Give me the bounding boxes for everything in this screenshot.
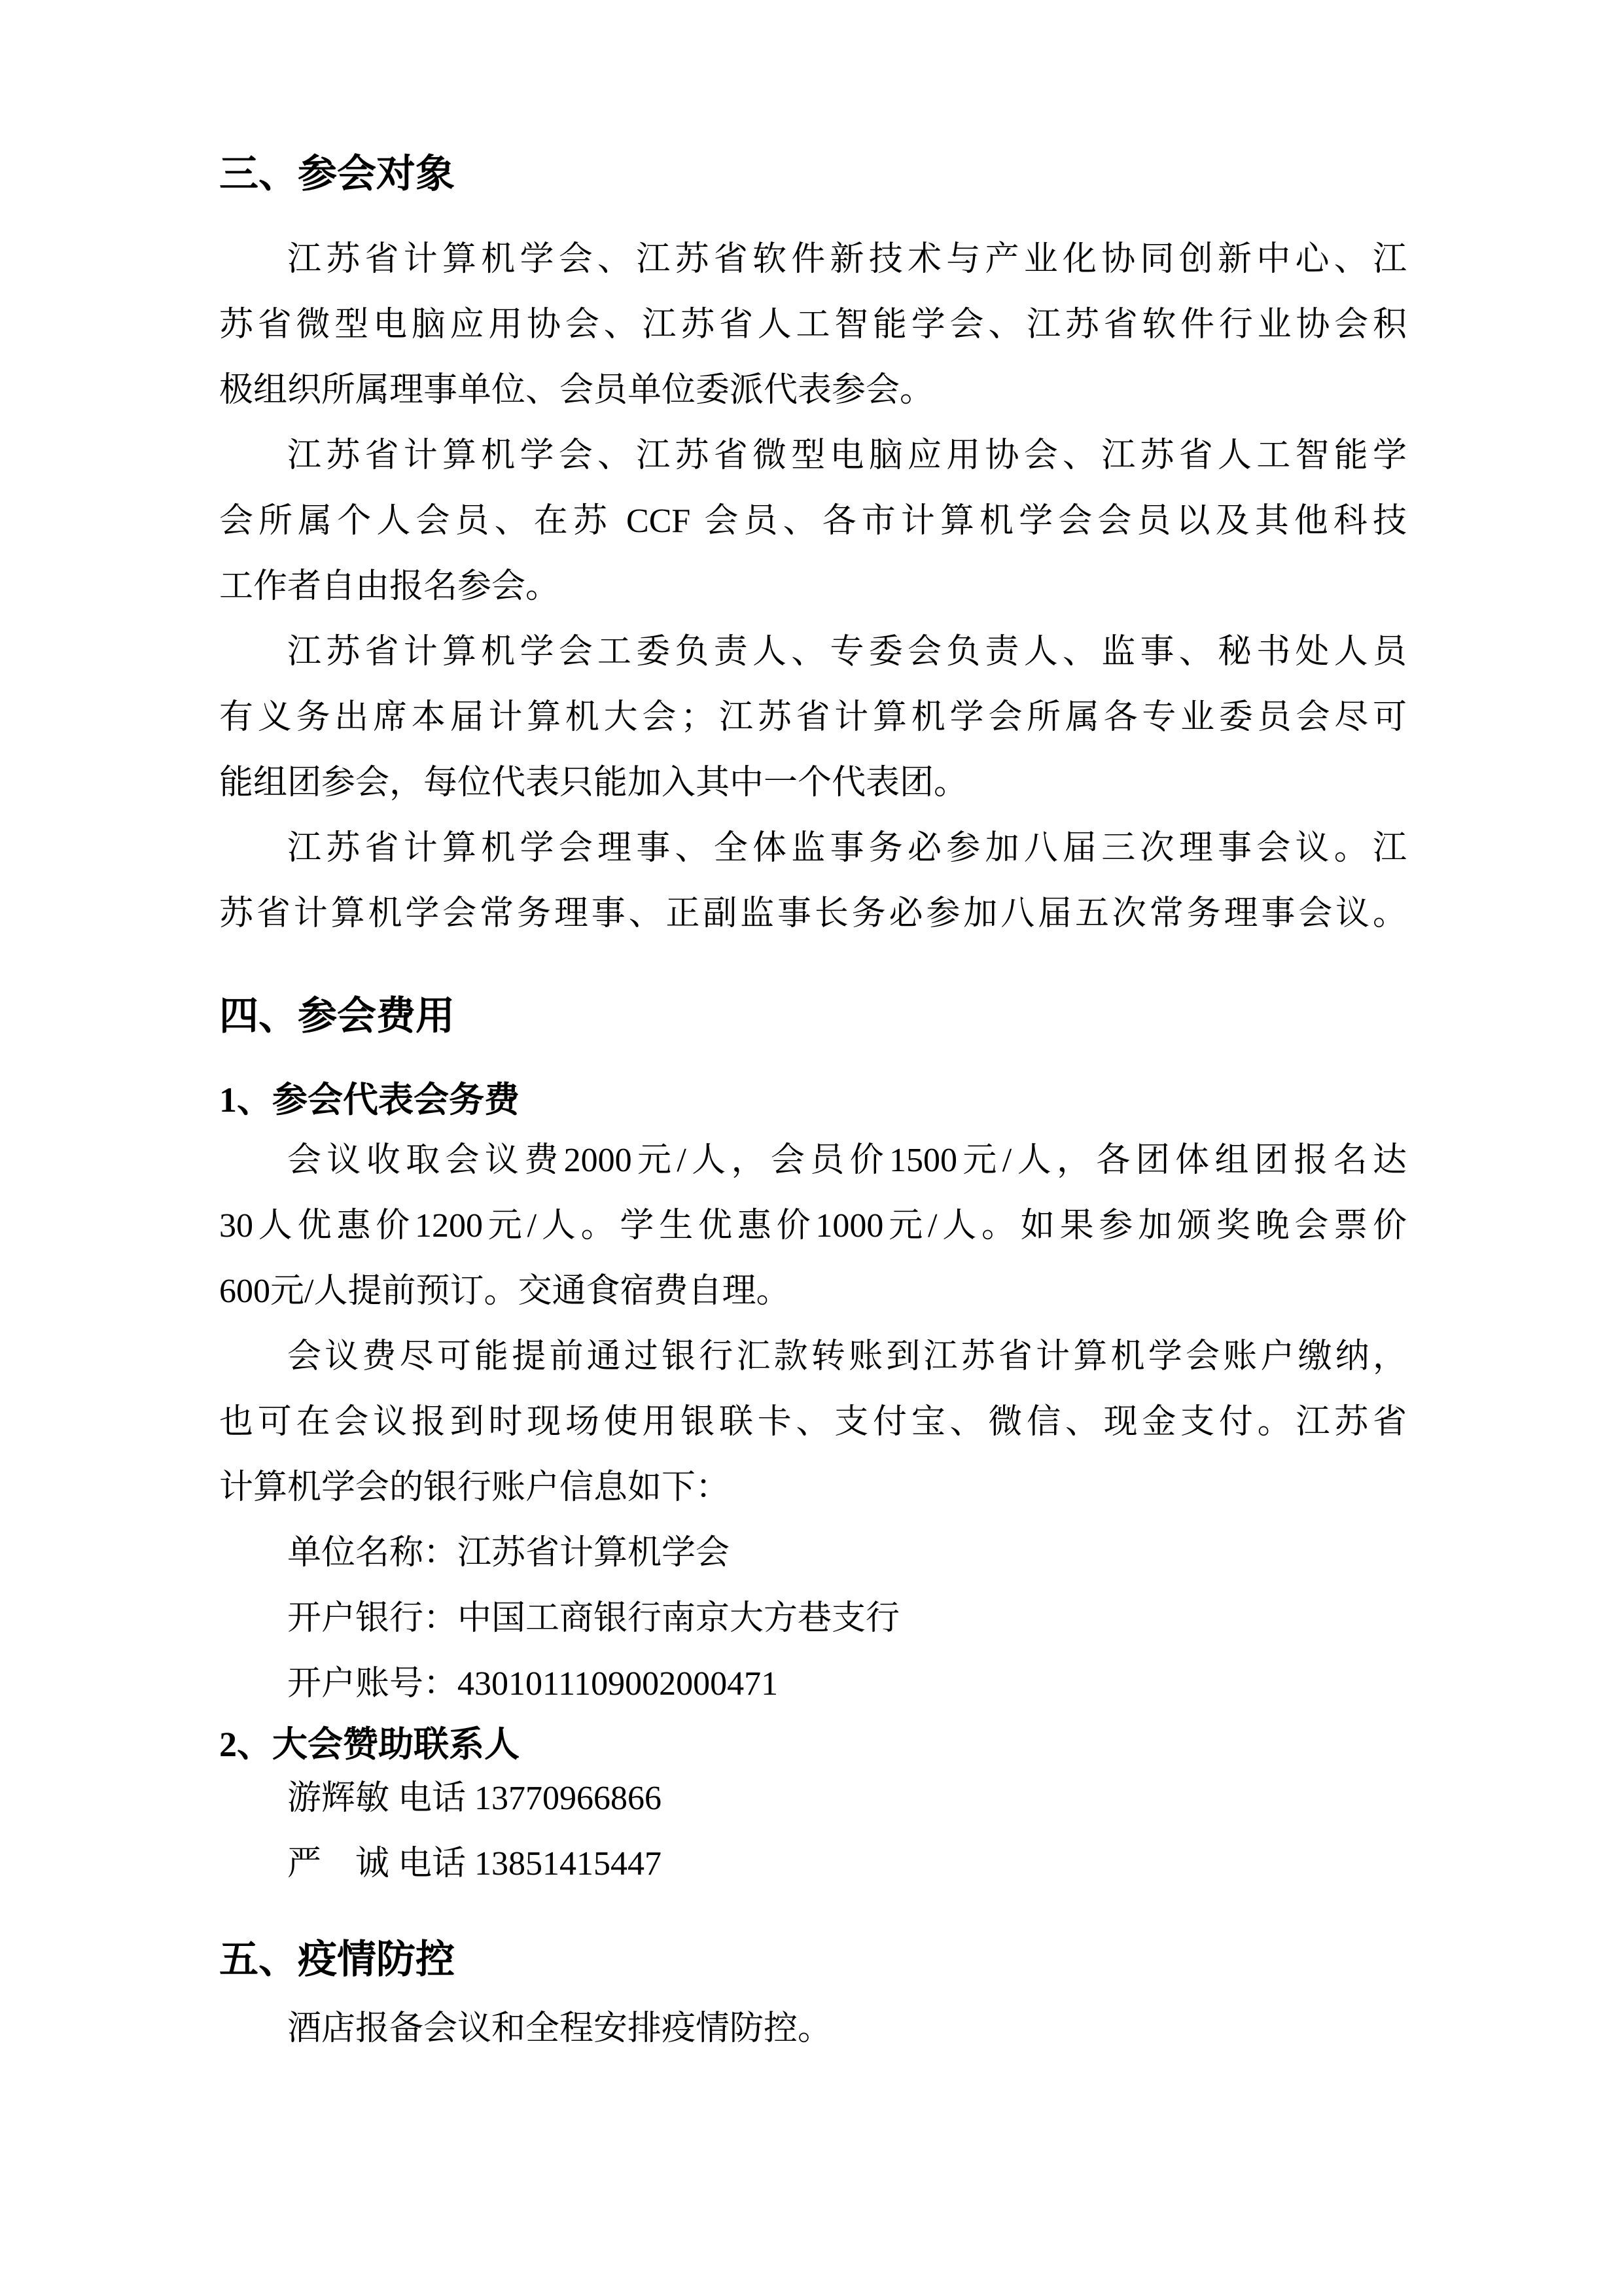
text-line: 苏省计算机学会常务理事、正副监事长务必参加八届五次常务理事会议。 xyxy=(219,881,1407,947)
spacer xyxy=(219,1040,1407,1079)
text-line: 严 诚 电话 13851415447 xyxy=(219,1831,1407,1897)
text-line: 30人优惠价1200元/人。学生优惠价1000元/人。如果参加颁奖晚会票价 xyxy=(219,1193,1407,1259)
text-line: 工作者自由报名参会。 xyxy=(219,554,1407,620)
text-line: 江苏省计算机学会工委负责人、专委会负责人、监事、秘书处人员 xyxy=(219,620,1407,685)
spacer xyxy=(219,947,1407,993)
text-line: 会议收取会议费2000元/人，会员价1500元/人，各团体组团报名达 xyxy=(219,1128,1407,1193)
spacer xyxy=(219,1897,1407,1936)
text-line: 江苏省计算机学会、江苏省微型电脑应用协会、江苏省人工智能学 xyxy=(219,423,1407,489)
subsection-heading: 1、参会代表会务费 xyxy=(219,1079,1407,1122)
text-line: 酒店报备会议和全程安排疫情防控。 xyxy=(219,1996,1407,2062)
text-line: 能组团参会，每位代表只能加入其中一个代表团。 xyxy=(219,751,1407,816)
spacer xyxy=(219,198,1407,227)
text-line: 苏省微型电脑应用协会、江苏省人工智能学会、江苏省软件行业协会积 xyxy=(219,292,1407,358)
text-line: 江苏省计算机学会理事、全体监事务必参加八届三次理事会议。江 xyxy=(219,816,1407,881)
document-page: 三、参会对象江苏省计算机学会、江苏省软件新技术与产业化协同创新中心、江苏省微型电… xyxy=(0,0,1624,2296)
section-heading: 五、疫情防控 xyxy=(219,1936,1407,1983)
text-line: 游辉敏 电话 13770966866 xyxy=(219,1766,1407,1831)
section-heading: 三、参会对象 xyxy=(219,150,1407,198)
text-line: 会议费尽可能提前通过银行汇款转账到江苏省计算机学会账户缴纳， xyxy=(219,1324,1407,1390)
text-line: 极组织所属理事单位、会员单位委派代表参会。 xyxy=(219,358,1407,423)
subsection-heading: 2、大会赞助联系人 xyxy=(219,1723,1407,1766)
text-line: 有义务出席本届计算机大会；江苏省计算机学会所属各专业委员会尽可 xyxy=(219,685,1407,751)
text-line: 计算机学会的银行账户信息如下： xyxy=(219,1455,1407,1521)
text-line: 江苏省计算机学会、江苏省软件新技术与产业化协同创新中心、江 xyxy=(219,227,1407,292)
text-line: 600元/人提前预订。交通食宿费自理。 xyxy=(219,1259,1407,1324)
spacer xyxy=(219,1122,1407,1128)
spacer xyxy=(219,1983,1407,1996)
text-line: 开户账号：4301011109002000471 xyxy=(219,1651,1407,1717)
text-line: 会所属个人会员、在苏 CCF 会员、各市计算机学会会员以及其他科技 xyxy=(219,489,1407,554)
text-line: 单位名称：江苏省计算机学会 xyxy=(219,1521,1407,1586)
section-heading: 四、参会费用 xyxy=(219,993,1407,1040)
document-content: 三、参会对象江苏省计算机学会、江苏省软件新技术与产业化协同创新中心、江苏省微型电… xyxy=(219,150,1407,2062)
text-line: 开户银行：中国工商银行南京大方巷支行 xyxy=(219,1586,1407,1651)
text-line: 也可在会议报到时现场使用银联卡、支付宝、微信、现金支付。江苏省 xyxy=(219,1390,1407,1455)
spacer xyxy=(219,1717,1407,1723)
